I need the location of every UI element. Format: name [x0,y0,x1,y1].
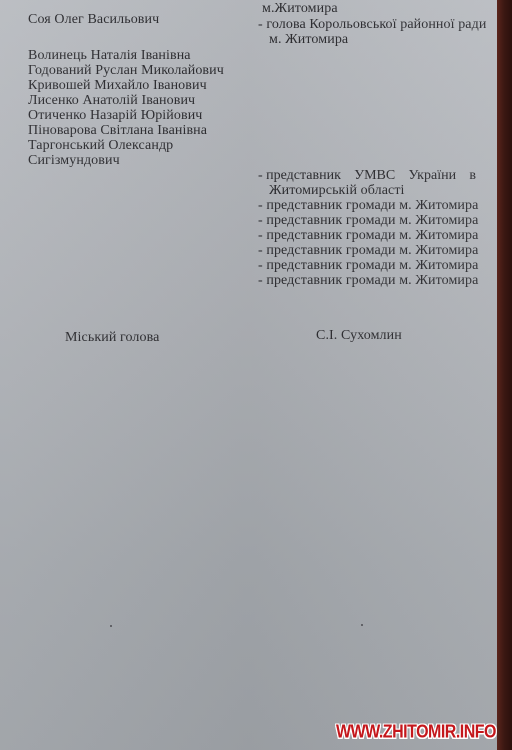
head-member-name: Соя Олег Васильович [28,12,159,28]
community-rep-line: - представник громади м. Житомира [258,273,478,289]
site-watermark: WWW.ZHITOMIR.INFO [336,723,496,744]
paper-speck [110,625,112,627]
community-rep-line: - представник громади м. Житомира [258,228,478,244]
member-name: Отиченко Назарій Юрійович [28,108,202,124]
background-table-edge [497,0,512,750]
signature-name: С.І. Сухомлин [316,328,402,344]
document-page: Соя Олег Васильович Волинець Наталія Іва… [0,0,497,750]
role-line: м. Житомира [269,32,348,48]
role-word: - представник [258,168,341,184]
role-word: УМВС [354,168,395,184]
role-word: України [409,168,457,184]
member-name: Волинець Наталія Іванівна [28,48,191,64]
signature-title: Міський голова [65,330,159,346]
community-rep-line: - представник громади м. Житомира [258,258,478,274]
community-rep-line: - представник громади м. Житомира [258,243,478,259]
umvs-role-line: - представник УМВС України в [258,168,476,184]
member-name: Годований Руслан Миколайович [28,63,224,79]
paper-speck [361,624,363,626]
role-line: м.Житомира [262,1,338,17]
member-name-continuation: Сигізмундович [28,153,120,169]
community-rep-line: - представник громади м. Житомира [258,198,478,214]
community-rep-line: - представник громади м. Житомира [258,213,478,229]
role-line: - голова Корольовської районної ради [258,17,486,33]
member-name: Таргонський Олександр [28,138,173,154]
umvs-role-continuation: Житомирській області [269,183,405,199]
member-name: Лисенко Анатолій Іванович [28,93,195,109]
member-name: Піноварова Світлана Іванівна [28,123,207,139]
member-name: Кривошей Михайло Іванович [28,78,207,94]
role-word: в [469,168,476,184]
